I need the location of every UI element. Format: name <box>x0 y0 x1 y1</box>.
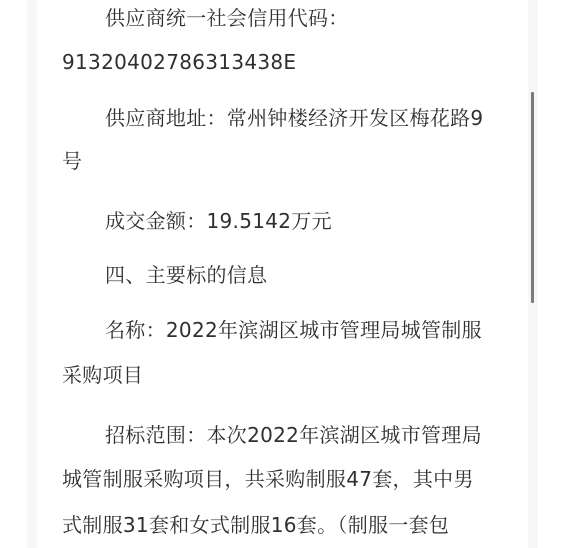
document-viewer: 供应商统一社会信用代码： 91320402786313438E 供应商地址：常州… <box>0 0 571 548</box>
left-gutter <box>27 0 37 548</box>
scope-line-2: 城管制服采购项目，共采购制服47套，其中男 <box>62 467 474 491</box>
vertical-scrollbar[interactable] <box>528 0 538 548</box>
scope-line-1: 招标范围：本次2022年滨湖区城市管理局 <box>105 423 482 447</box>
item-name-line-2: 采购项目 <box>62 363 143 387</box>
section-heading-main-items: 四、主要标的信息 <box>105 263 267 287</box>
scope-line-3: 式制服31套和女式制服16套。（制服一套包 <box>62 513 449 537</box>
supplier-credit-code-value: 91320402786313438E <box>62 50 296 74</box>
article-body: 供应商统一社会信用代码： 91320402786313438E 供应商地址：常州… <box>37 0 528 548</box>
supplier-credit-code-label: 供应商统一社会信用代码： <box>105 6 349 30</box>
supplier-address-line-2: 号 <box>62 149 82 173</box>
deal-amount: 成交金额：19.5142万元 <box>105 209 332 233</box>
scrollbar-thumb[interactable] <box>531 92 534 303</box>
item-name-line-1: 名称：2022年滨湖区城市管理局城管制服 <box>105 318 482 342</box>
supplier-address-line-1: 供应商地址：常州钟楼经济开发区梅花路9 <box>105 106 483 130</box>
